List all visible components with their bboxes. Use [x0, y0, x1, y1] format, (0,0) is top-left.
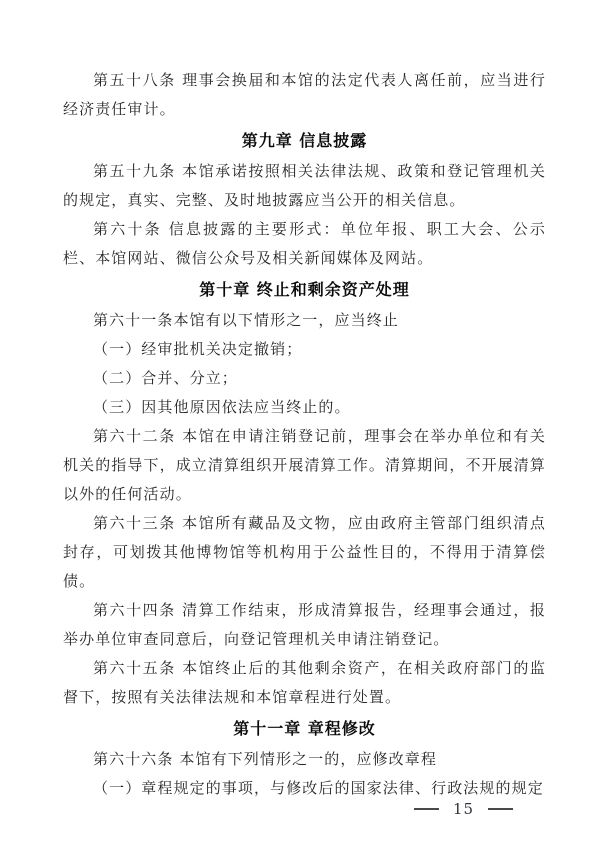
paragraph-article-62: 第六十二条 本馆在申请注销登记前，理事会在举办单位和有关机关的指导下，成立清算组… [63, 422, 546, 509]
footer-dash-left [414, 808, 439, 810]
paragraph-article-58: 第五十八条 理事会换届和本馆的法定代表人离任前，应当进行经济责任审计。 [63, 66, 546, 124]
chapter-11-heading: 第十一章 章程修改 [63, 714, 546, 743]
paragraph-article-61-item-1: （一）经审批机关决定撤销； [63, 335, 546, 364]
paragraph-article-61: 第六十一条本馆有以下情形之一，应当终止 [63, 306, 546, 335]
paragraph-article-59: 第五十九条 本馆承诺按照相关法律法规、政策和登记管理机关的规定，真实、完整、及时… [63, 157, 546, 215]
footer-dash-right [488, 808, 513, 810]
paragraph-article-60: 第六十条 信息披露的主要形式：单位年报、职工大会、公示栏、本馆网站、微信公众号及… [63, 215, 546, 273]
paragraph-article-61-item-3: （三）因其他原因依法应当终止的。 [63, 393, 546, 422]
chapter-9-heading: 第九章 信息披露 [63, 126, 546, 155]
paragraph-article-66: 第六十六条 本馆有下列情形之一的，应修改章程 [63, 745, 546, 774]
document-page: 第五十八条 理事会换届和本馆的法定代表人离任前，应当进行经济责任审计。 第九章 … [0, 0, 608, 859]
paragraph-article-65: 第六十五条 本馆终止后的其他剩余资产，在相关政府部门的监督下，按照有关法律法规和… [63, 654, 546, 712]
page-footer: 15 [414, 800, 513, 818]
page-number: 15 [453, 800, 474, 818]
paragraph-article-63: 第六十三条 本馆所有藏品及文物，应由政府主管部门组织清点封存，可划拨其他博物馆等… [63, 509, 546, 596]
paragraph-article-61-item-2: （二）合并、分立； [63, 364, 546, 393]
paragraph-article-66-item-1: （一）章程规定的事项，与修改后的国家法律、行政法规的规定 [63, 774, 546, 803]
document-body: 第五十八条 理事会换届和本馆的法定代表人离任前，应当进行经济责任审计。 第九章 … [63, 66, 546, 803]
chapter-10-heading: 第十章 终止和剩余资产处理 [63, 275, 546, 304]
paragraph-article-64: 第六十四条 清算工作结束，形成清算报告，经理事会通过，报举办单位审查同意后，向登… [63, 596, 546, 654]
